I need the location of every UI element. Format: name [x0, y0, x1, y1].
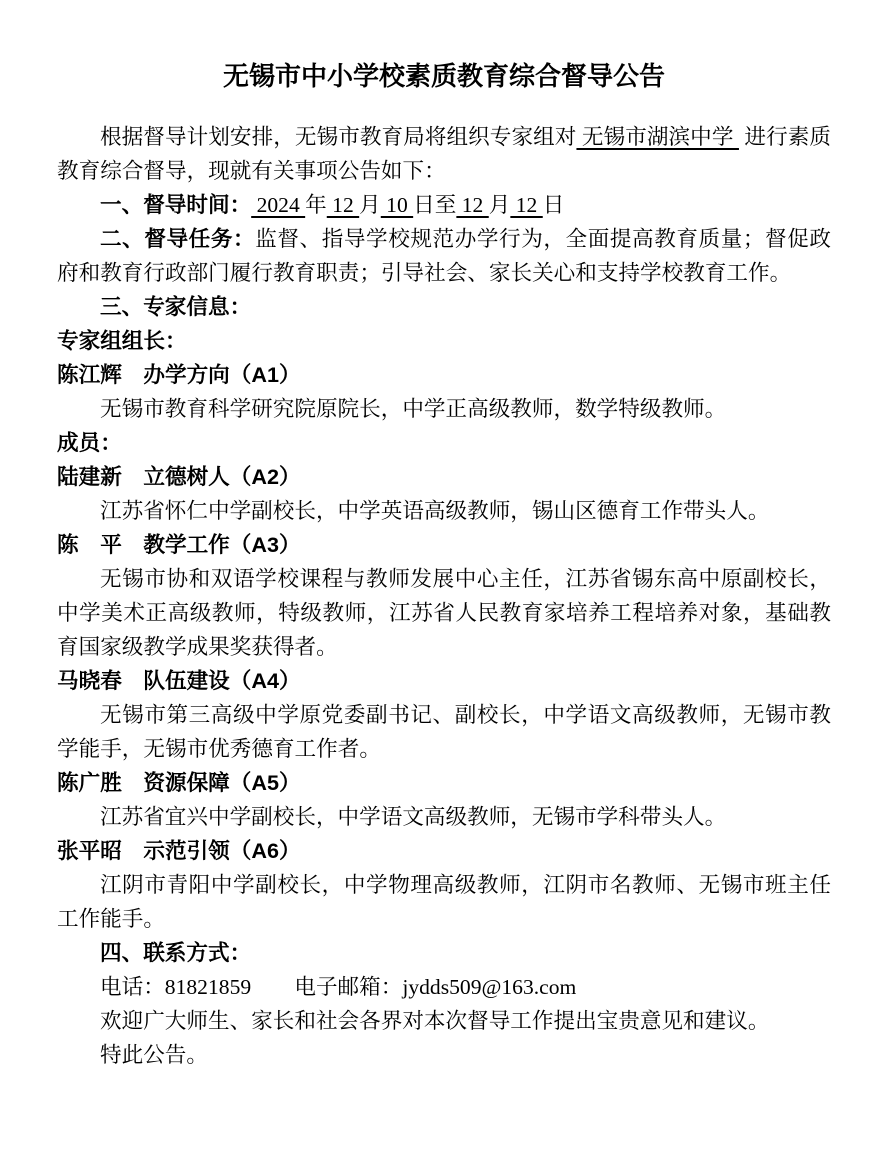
text-segment: 根据督导计划安排，无锡市教育局将组织专家组对 [100, 125, 576, 149]
paragraph: 江苏省怀仁中学副校长，中学英语高级教师，锡山区德育工作带头人。 [57, 494, 831, 528]
paragraph: 三、专家信息： [57, 290, 831, 324]
text-segment: 欢迎广大师生、家长和社会各界对本次督导工作提出宝贵意见和建议。 [100, 1009, 769, 1033]
underlined-field: 无锡市湖滨中学 [576, 125, 739, 149]
paragraph: 一、督导时间： 2024 年 12 月 10 日至 12 月 12 日 [57, 188, 831, 222]
text-segment: 陈江辉 办学方向（A1） [57, 362, 301, 387]
paragraph: 特此公告。 [57, 1038, 831, 1072]
paragraph: 欢迎广大师生、家长和社会各界对本次督导工作提出宝贵意见和建议。 [57, 1004, 831, 1038]
paragraph: 根据督导计划安排，无锡市教育局将组织专家组对 无锡市湖滨中学 进行素质教育综合督… [57, 120, 831, 188]
paragraph: 电话：81821859 电子邮箱：jydds509@163.com [57, 970, 831, 1004]
underlined-field: 12 [510, 193, 542, 217]
paragraph: 四、联系方式： [57, 936, 831, 970]
underlined-field: 12 [456, 193, 488, 217]
paragraph: 江阴市青阳中学副校长，中学物理高级教师，江阴市名教师、无锡市班主任工作能手。 [57, 868, 831, 936]
text-segment: 特此公告。 [100, 1043, 208, 1067]
text-segment: 江苏省怀仁中学副校长，中学英语高级教师，锡山区德育工作带头人。 [100, 499, 769, 523]
text-segment: 江苏省宜兴中学副校长，中学语文高级教师，无锡市学科带头人。 [100, 805, 726, 829]
paragraph: 江苏省宜兴中学副校长，中学语文高级教师，无锡市学科带头人。 [57, 800, 831, 834]
text-segment: 江阴市青阳中学副校长，中学物理高级教师，江阴市名教师、无锡市班主任工作能手。 [57, 873, 831, 931]
text-segment: 陆建新 立德树人（A2） [57, 464, 301, 489]
paragraph: 专家组组长： [57, 324, 831, 358]
paragraph: 陈 平 教学工作（A3） [57, 528, 831, 562]
document-page: 无锡市中小学校素质教育综合督导公告 根据督导计划安排，无锡市教育局将组织专家组对… [0, 0, 888, 1152]
text-segment: 月 [489, 193, 511, 217]
text-segment: 成员： [57, 430, 122, 455]
text-segment: 无锡市教育科学研究院原院长，中学正高级教师，数学特级教师。 [100, 397, 726, 421]
underlined-field: 12 [327, 193, 359, 217]
paragraph: 马晓春 队伍建设（A4） [57, 664, 831, 698]
text-segment: 陈广胜 资源保障（A5） [57, 770, 301, 795]
document-body: 根据督导计划安排，无锡市教育局将组织专家组对 无锡市湖滨中学 进行素质教育综合督… [57, 120, 831, 1072]
text-segment: 一、督导时间： [100, 192, 251, 217]
paragraph: 陈广胜 资源保障（A5） [57, 766, 831, 800]
text-segment: 日 [543, 193, 565, 217]
text-segment: 二、督导任务： [100, 226, 255, 251]
paragraph: 无锡市协和双语学校课程与教师发展中心主任，江苏省锡东高中原副校长，中学美术正高级… [57, 562, 831, 664]
text-segment: 年 [305, 193, 327, 217]
paragraph: 二、督导任务：监督、指导学校规范办学行为，全面提高教育质量；督促政府和教育行政部… [57, 222, 831, 290]
paragraph: 陈江辉 办学方向（A1） [57, 358, 831, 392]
text-segment: 马晓春 队伍建设（A4） [57, 668, 301, 693]
text-segment: 三、专家信息： [100, 294, 251, 319]
text-segment: 陈 平 教学工作（A3） [57, 532, 301, 557]
text-segment: 电话：81821859 电子邮箱：jydds509@163.com [100, 975, 576, 999]
document-title: 无锡市中小学校素质教育综合督导公告 [57, 58, 831, 96]
text-segment: 四、联系方式： [100, 940, 251, 965]
paragraph: 无锡市教育科学研究院原院长，中学正高级教师，数学特级教师。 [57, 392, 831, 426]
underlined-field: 2024 [251, 193, 305, 217]
paragraph: 张平昭 示范引领（A6） [57, 834, 831, 868]
text-segment: 无锡市协和双语学校课程与教师发展中心主任，江苏省锡东高中原副校长，中学美术正高级… [57, 567, 831, 659]
underlined-field: 10 [381, 193, 413, 217]
text-segment: 日至 [413, 193, 456, 217]
text-segment: 专家组组长： [57, 328, 187, 353]
paragraph: 成员： [57, 426, 831, 460]
text-segment: 无锡市第三高级中学原党委副书记、副校长，中学语文高级教师，无锡市教学能手，无锡市… [57, 703, 831, 761]
text-segment: 月 [359, 193, 381, 217]
paragraph: 无锡市第三高级中学原党委副书记、副校长，中学语文高级教师，无锡市教学能手，无锡市… [57, 698, 831, 766]
paragraph: 陆建新 立德树人（A2） [57, 460, 831, 494]
text-segment: 张平昭 示范引领（A6） [57, 838, 301, 863]
